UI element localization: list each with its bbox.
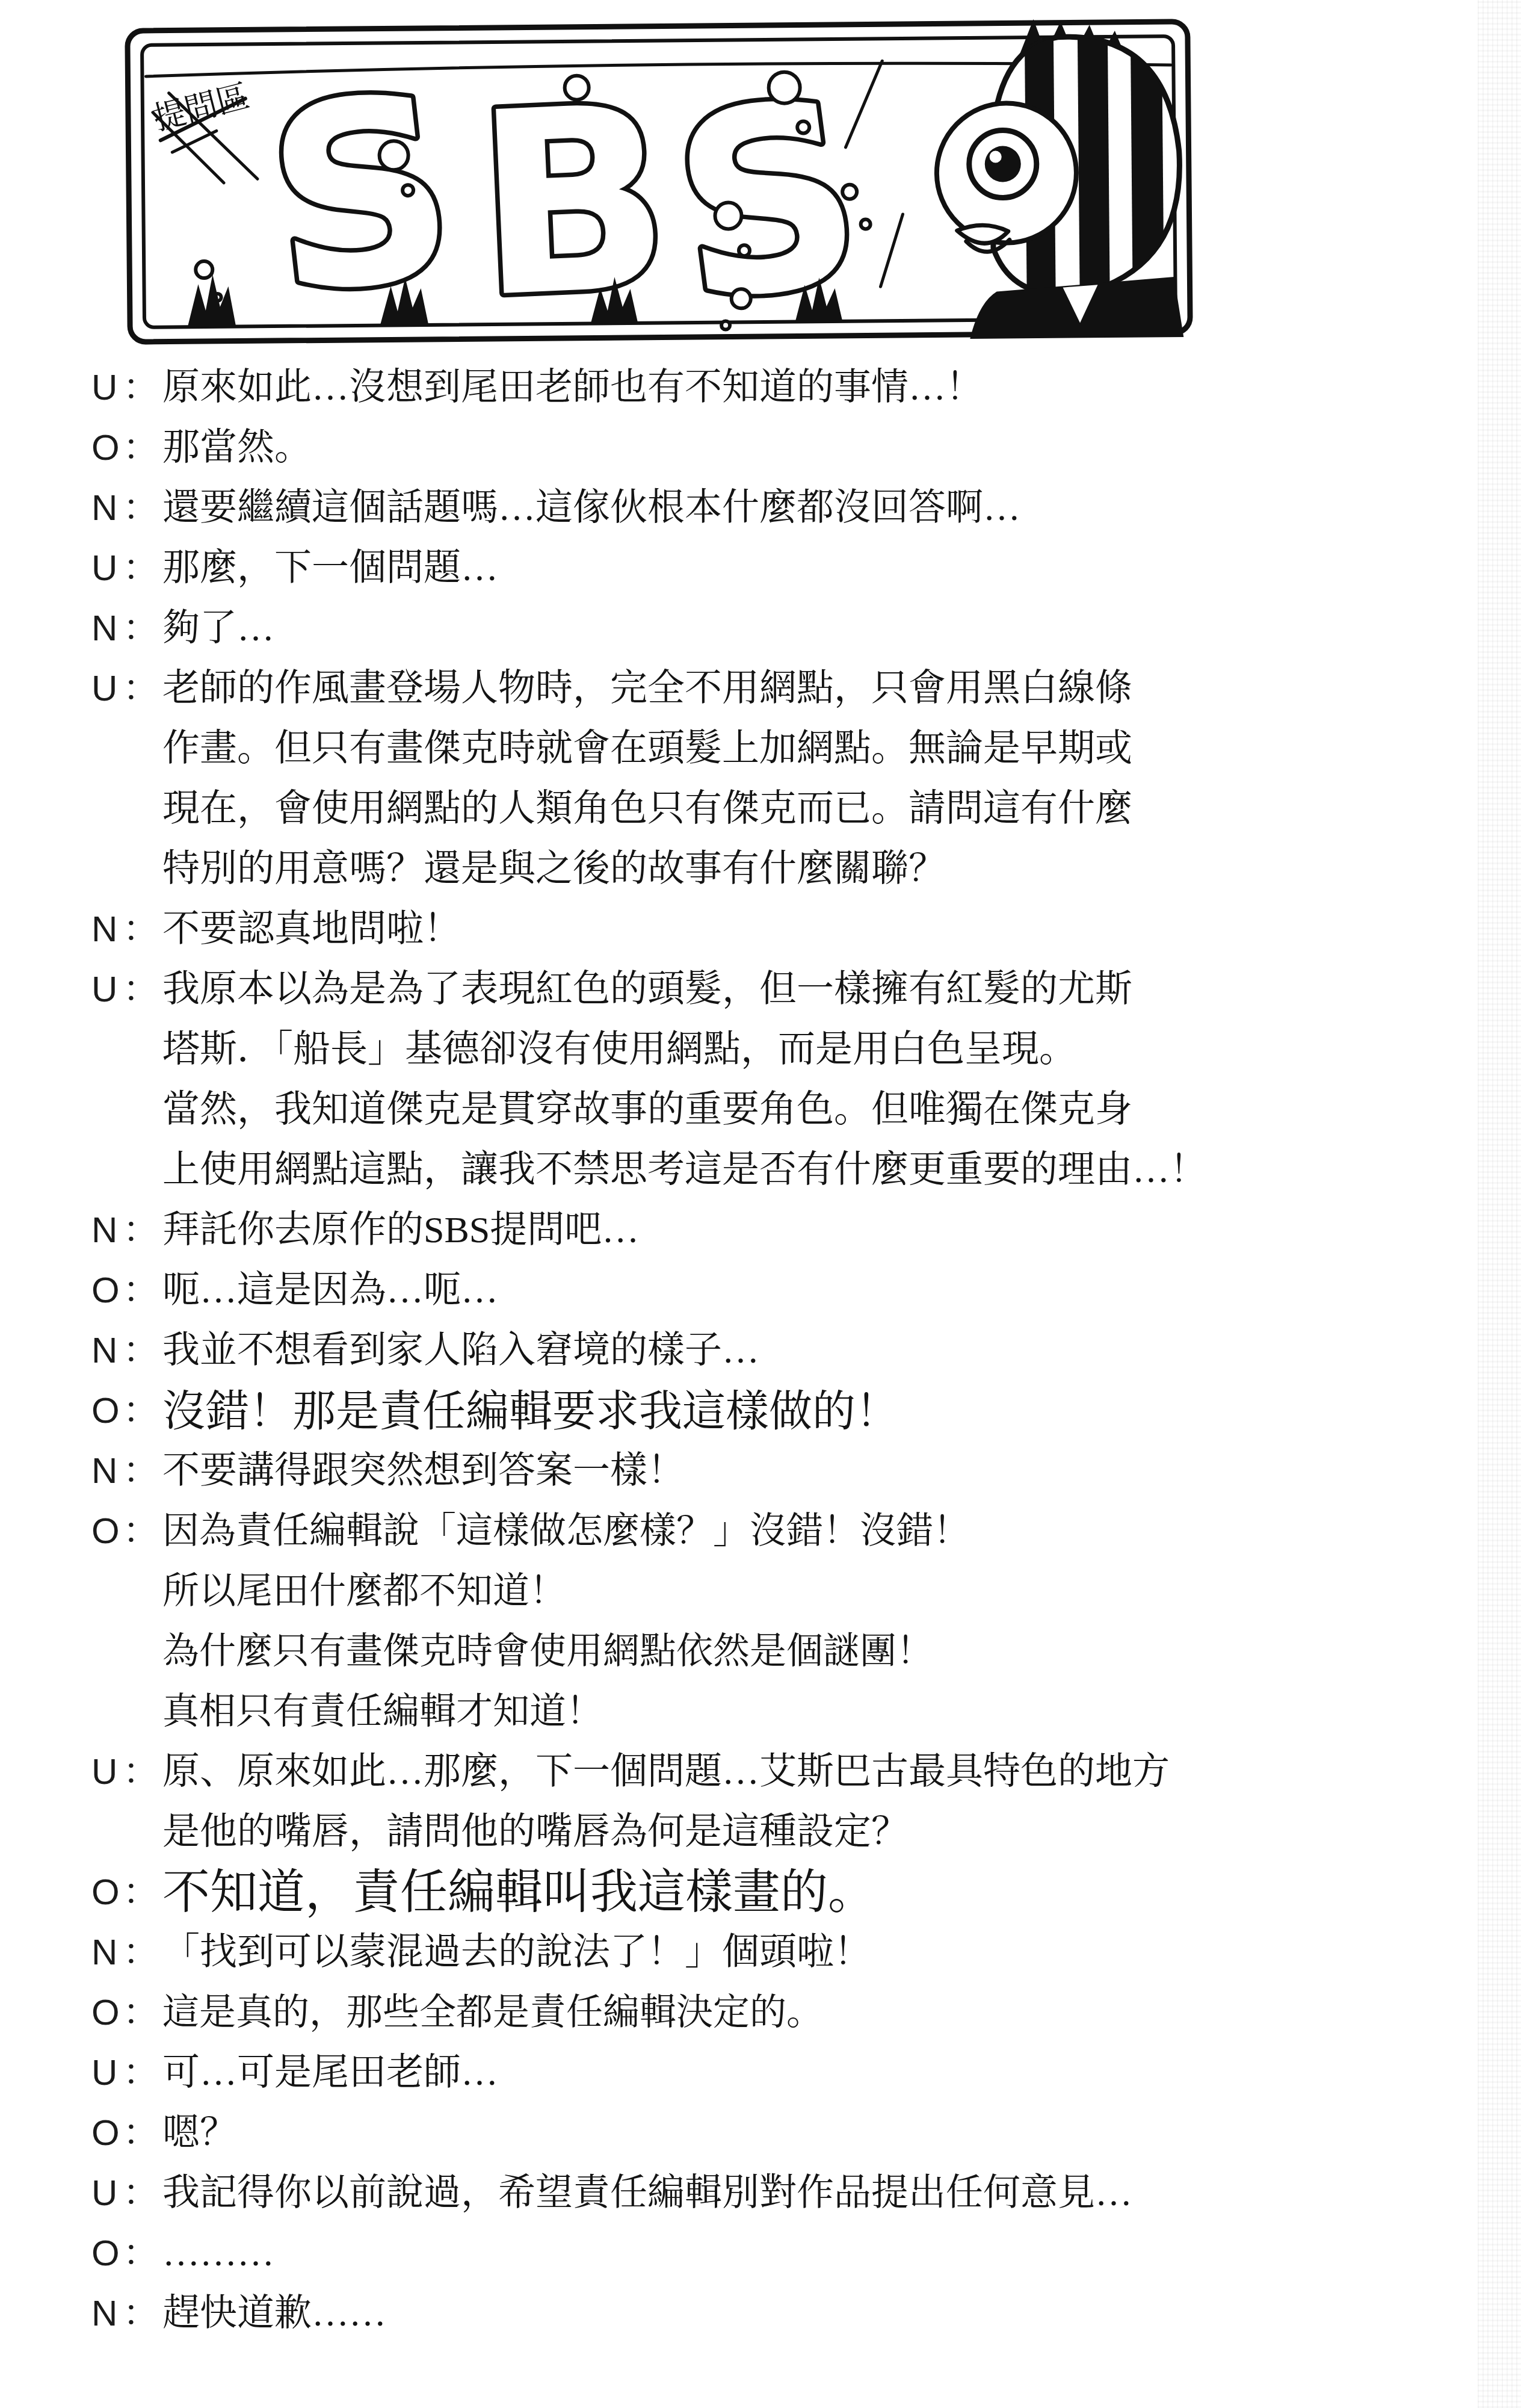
dialogue-row: N：「找到可以蒙混過去的說法了！」個頭啦！ xyxy=(91,1922,1481,1982)
colon-separator: ： xyxy=(123,1742,159,1802)
speaker-label: U xyxy=(91,2043,123,2103)
colon-separator: ： xyxy=(123,598,159,658)
dialogue-lines: 不要認真地問啦！ xyxy=(162,899,1481,959)
colon-separator: ： xyxy=(123,1922,159,1982)
dialogue-row: N：我並不想看到家人陷入窘境的樣子… xyxy=(91,1320,1481,1381)
speaker-prefix: O： xyxy=(91,1501,162,1561)
colon-separator: ： xyxy=(123,1501,159,1561)
speaker-prefix: U： xyxy=(91,357,162,418)
speaker-prefix: U： xyxy=(91,1742,162,1802)
dialogue-lines: 趕快道歉…… xyxy=(162,2283,1481,2344)
dialogue-text: 我原本以為是為了表現紅色的頭髮，但一樣擁有紅髮的尤斯 xyxy=(162,959,1481,1020)
dialogue-lines: 老師的作風畫登場人物時，完全不用網點，只會用黑白線條作畫。但只有畫傑克時就會在頭… xyxy=(162,658,1481,899)
speaker-label: U xyxy=(91,959,123,1020)
dialogue-text: 這是真的，那些全都是責任編輯決定的。 xyxy=(162,1982,1481,2043)
corner-label-group: 提問區 xyxy=(149,76,258,155)
dialogue-text: 所以尾田什麼都不知道！ xyxy=(162,1561,1481,1621)
dialogue-text: 老師的作風畫登場人物時，完全不用網點，只會用黑白線條 xyxy=(162,658,1481,719)
speaker-prefix: U： xyxy=(91,959,162,1020)
dialogue-lines: 我原本以為是為了表現紅色的頭髮，但一樣擁有紅髮的尤斯塔斯．「船長」基德卻沒有使用… xyxy=(162,959,1481,1200)
colon-separator: ： xyxy=(123,2163,159,2223)
dialogue-row: U：那麼，下一個問題… xyxy=(91,538,1481,598)
speaker-label: O xyxy=(91,1862,123,1922)
dialogue-text: 拜託你去原作的SBS提問吧… xyxy=(162,1200,1481,1260)
dialogue-text: 呃…這是因為…呃… xyxy=(162,1260,1481,1320)
dialogue-text: 嗯？ xyxy=(162,2103,1481,2163)
speaker-label: O xyxy=(91,1982,123,2043)
dialogue-lines: 夠了… xyxy=(162,598,1481,658)
dialogue-text: 沒錯！那是責任編輯要求我這樣做的！ xyxy=(162,1381,1481,1441)
dialogue-text: 作畫。但只有畫傑克時就會在頭髮上加網點。無論是早期或 xyxy=(162,719,1481,779)
speaker-prefix: O： xyxy=(91,1381,162,1441)
speaker-label: N xyxy=(91,1200,123,1260)
logo-letter-s1: S xyxy=(255,39,469,347)
colon-separator: ： xyxy=(123,1320,159,1381)
dialogue-lines: 我記得你以前說過，希望責任編輯別對作品提出任何意見… xyxy=(162,2163,1481,2223)
dialogue-row: N：還要繼續這個話題嗎…這傢伙根本什麼都沒回答啊… xyxy=(91,478,1481,538)
speaker-label: N xyxy=(91,1441,123,1501)
fish-eye-highlight xyxy=(990,151,1002,163)
dialogue-text: ……… xyxy=(162,2223,1481,2283)
dialogue-lines: 「找到可以蒙混過去的說法了！」個頭啦！ xyxy=(162,1922,1481,1982)
colon-separator: ： xyxy=(123,1862,159,1922)
dialogue-row: O：嗯？ xyxy=(91,2103,1481,2163)
colon-separator: ： xyxy=(123,418,159,478)
dialogue-row: O：因為責任編輯說「這樣做怎麼樣？」沒錯！沒錯！所以尾田什麼都不知道！為什麼只有… xyxy=(91,1501,1481,1742)
dialogue-row: N：不要認真地問啦！ xyxy=(91,899,1481,959)
dialogue-row: O：沒錯！那是責任編輯要求我這樣做的！ xyxy=(91,1381,1481,1441)
dialogue-text: 還要繼續這個話題嗎…這傢伙根本什麼都沒回答啊… xyxy=(162,478,1481,538)
speaker-prefix: N： xyxy=(91,478,162,538)
dialogue-text: 原來如此…沒想到尾田老師也有不知道的事情…！ xyxy=(162,357,1481,418)
speaker-label: O xyxy=(91,1260,123,1320)
colon-separator: ： xyxy=(123,1441,159,1501)
colon-separator: ： xyxy=(123,2043,159,2103)
speaker-label: O xyxy=(91,1381,123,1441)
speaker-label: N xyxy=(91,1922,123,1982)
dialogue-lines: 還要繼續這個話題嗎…這傢伙根本什麼都沒回答啊… xyxy=(162,478,1481,538)
corner-label: 提問區 xyxy=(149,76,253,138)
speaker-label: U xyxy=(91,538,123,598)
dialogue-row: N：夠了… xyxy=(91,598,1481,658)
speaker-prefix: O： xyxy=(91,1260,162,1320)
speaker-label: O xyxy=(91,1501,123,1561)
dialogue-text: 為什麼只有畫傑克時會使用網點依然是個謎團！ xyxy=(162,1621,1481,1682)
dialogue-row: O：呃…這是因為…呃… xyxy=(91,1260,1481,1320)
speaker-prefix: N： xyxy=(91,1441,162,1501)
speaker-prefix: O： xyxy=(91,1982,162,2043)
striped-fish-icon xyxy=(936,18,1184,339)
dialogue-lines: 呃…這是因為…呃… xyxy=(162,1260,1481,1320)
dialogue-text: 夠了… xyxy=(162,598,1481,658)
dialogue-row: O：這是真的，那些全都是責任編輯決定的。 xyxy=(91,1982,1481,2043)
manga-sbs-page: 提問區 S B S xyxy=(0,0,1521,2408)
colon-separator: ： xyxy=(123,899,159,959)
colon-separator: ： xyxy=(123,1200,159,1260)
dialogue-text: 我並不想看到家人陷入窘境的樣子… xyxy=(162,1320,1481,1381)
sbs-header-panel: 提問區 S B S xyxy=(120,17,1197,347)
speaker-label: O xyxy=(91,418,123,478)
dialogue-text: 上使用網點這點，讓我不禁思考這是否有什麼更重要的理由…！ xyxy=(162,1140,1481,1200)
dialogue-text: 因為責任編輯說「這樣做怎麼樣？」沒錯！沒錯！ xyxy=(162,1501,1481,1561)
dialogue-lines: 這是真的，那些全都是責任編輯決定的。 xyxy=(162,1982,1481,2043)
speaker-label: N xyxy=(91,1320,123,1381)
dialogue-lines: 原、原來如此…那麼，下一個問題…艾斯巴古最具特色的地方是他的嘴唇，請問他的嘴唇為… xyxy=(162,1742,1481,1862)
speaker-label: U xyxy=(91,1742,123,1802)
colon-separator: ： xyxy=(123,2283,159,2344)
speaker-label: O xyxy=(91,2223,123,2283)
speaker-label: U xyxy=(91,658,123,719)
dialogue-lines: 沒錯！那是責任編輯要求我這樣做的！ xyxy=(162,1381,1481,1441)
dialogue-text: 塔斯．「船長」基德卻沒有使用網點，而是用白色呈現。 xyxy=(162,1020,1481,1080)
dialogue-lines: 我並不想看到家人陷入窘境的樣子… xyxy=(162,1320,1481,1381)
speaker-prefix: U： xyxy=(91,2043,162,2103)
colon-separator: ： xyxy=(123,1381,159,1441)
speaker-prefix: N： xyxy=(91,899,162,959)
dialogue-lines: 因為責任編輯說「這樣做怎麼樣？」沒錯！沒錯！所以尾田什麼都不知道！為什麼只有畫傑… xyxy=(162,1501,1481,1742)
dialogue-text: 原、原來如此…那麼，下一個問題…艾斯巴古最具特色的地方 xyxy=(162,1742,1481,1802)
speaker-prefix: U： xyxy=(91,2163,162,2223)
dialogue-text: 當然，我知道傑克是貫穿故事的重要角色。但唯獨在傑克身 xyxy=(162,1080,1481,1140)
dialogue-text: 「找到可以蒙混過去的說法了！」個頭啦！ xyxy=(162,1922,1481,1982)
colon-separator: ： xyxy=(123,2223,159,2283)
dialogue-text: 不要認真地問啦！ xyxy=(162,899,1481,959)
dialogue-text: 現在，會使用網點的人類角色只有傑克而已。請問這有什麼 xyxy=(162,779,1481,839)
speaker-prefix: N： xyxy=(91,1320,162,1381)
colon-separator: ： xyxy=(123,1982,159,2043)
dialogue-text: 我記得你以前說過，希望責任編輯別對作品提出任何意見… xyxy=(162,2163,1481,2223)
speaker-label: N xyxy=(91,598,123,658)
speaker-prefix: N： xyxy=(91,1922,162,1982)
dialogue-list: U：原來如此…沒想到尾田老師也有不知道的事情…！O：那當然。N：還要繼續這個話題… xyxy=(91,357,1481,2344)
dialogue-lines: 可…可是尾田老師… xyxy=(162,2043,1481,2103)
dialogue-row: N：不要講得跟突然想到答案一樣！ xyxy=(91,1441,1481,1501)
speaker-prefix: N： xyxy=(91,598,162,658)
dialogue-row: U：我記得你以前說過，希望責任編輯別對作品提出任何意見… xyxy=(91,2163,1481,2223)
colon-separator: ： xyxy=(123,1260,159,1320)
dialogue-lines: 那當然。 xyxy=(162,418,1481,478)
dialogue-row: O：不知道，責任編輯叫我這樣畫的。 xyxy=(91,1862,1481,1922)
dialogue-row: U：原、原來如此…那麼，下一個問題…艾斯巴古最具特色的地方是他的嘴唇，請問他的嘴… xyxy=(91,1742,1481,1862)
speaker-prefix: O： xyxy=(91,418,162,478)
dialogue-lines: 拜託你去原作的SBS提問吧… xyxy=(162,1200,1481,1260)
dialogue-text: 那麼，下一個問題… xyxy=(162,538,1481,598)
colon-separator: ： xyxy=(123,658,159,719)
dialogue-text: 不要講得跟突然想到答案一樣！ xyxy=(162,1441,1481,1501)
speaker-label: U xyxy=(91,2163,123,2223)
colon-separator: ： xyxy=(123,538,159,598)
speaker-prefix: N： xyxy=(91,2283,162,2344)
dialogue-row: N：趕快道歉…… xyxy=(91,2283,1481,2344)
speaker-prefix: U： xyxy=(91,658,162,719)
dialogue-row: U：老師的作風畫登場人物時，完全不用網點，只會用黑白線條作畫。但只有畫傑克時就會… xyxy=(91,658,1481,899)
dialogue-text: 趕快道歉…… xyxy=(162,2283,1481,2344)
dialogue-lines: 嗯？ xyxy=(162,2103,1481,2163)
dialogue-text: 不知道，責任編輯叫我這樣畫的。 xyxy=(162,1862,1481,1922)
fish-eye-pupil xyxy=(985,146,1022,182)
dialogue-row: O：那當然。 xyxy=(91,418,1481,478)
dialogue-row: U：原來如此…沒想到尾田老師也有不知道的事情…！ xyxy=(91,357,1481,418)
speaker-label: N xyxy=(91,899,123,959)
colon-separator: ： xyxy=(123,2103,159,2163)
scan-edge-artifact xyxy=(1478,0,1521,2408)
speaker-label: O xyxy=(91,2103,123,2163)
dialogue-row: N：拜託你去原作的SBS提問吧… xyxy=(91,1200,1481,1260)
dialogue-text: 那當然。 xyxy=(162,418,1481,478)
speaker-prefix: O： xyxy=(91,2223,162,2283)
speaker-prefix: O： xyxy=(91,2103,162,2163)
dialogue-lines: 不要講得跟突然想到答案一樣！ xyxy=(162,1441,1481,1501)
dialogue-lines: 那麼，下一個問題… xyxy=(162,538,1481,598)
speaker-prefix: O： xyxy=(91,1862,162,1922)
speaker-label: N xyxy=(91,2283,123,2344)
dialogue-text: 可…可是尾田老師… xyxy=(162,2043,1481,2103)
speaker-label: U xyxy=(91,357,123,418)
colon-separator: ： xyxy=(123,357,159,418)
dialogue-row: O：……… xyxy=(91,2223,1481,2283)
dialogue-text: 特別的用意嗎？還是與之後的故事有什麼關聯？ xyxy=(162,839,1481,899)
dialogue-lines: ……… xyxy=(162,2223,1481,2283)
colon-separator: ： xyxy=(123,478,159,538)
dialogue-lines: 原來如此…沒想到尾田老師也有不知道的事情…！ xyxy=(162,357,1481,418)
dialogue-text: 是他的嘴唇，請問他的嘴唇為何是這種設定？ xyxy=(162,1802,1481,1862)
speaker-prefix: N： xyxy=(91,1200,162,1260)
speaker-label: N xyxy=(91,478,123,538)
dialogue-lines: 不知道，責任編輯叫我這樣畫的。 xyxy=(162,1862,1481,1922)
dialogue-row: U：我原本以為是為了表現紅色的頭髮，但一樣擁有紅髮的尤斯塔斯．「船長」基德卻沒有… xyxy=(91,959,1481,1200)
dialogue-text: 真相只有責任編輯才知道！ xyxy=(162,1682,1481,1742)
colon-separator: ： xyxy=(123,959,159,1020)
speaker-prefix: U： xyxy=(91,538,162,598)
dialogue-row: U：可…可是尾田老師… xyxy=(91,2043,1481,2103)
